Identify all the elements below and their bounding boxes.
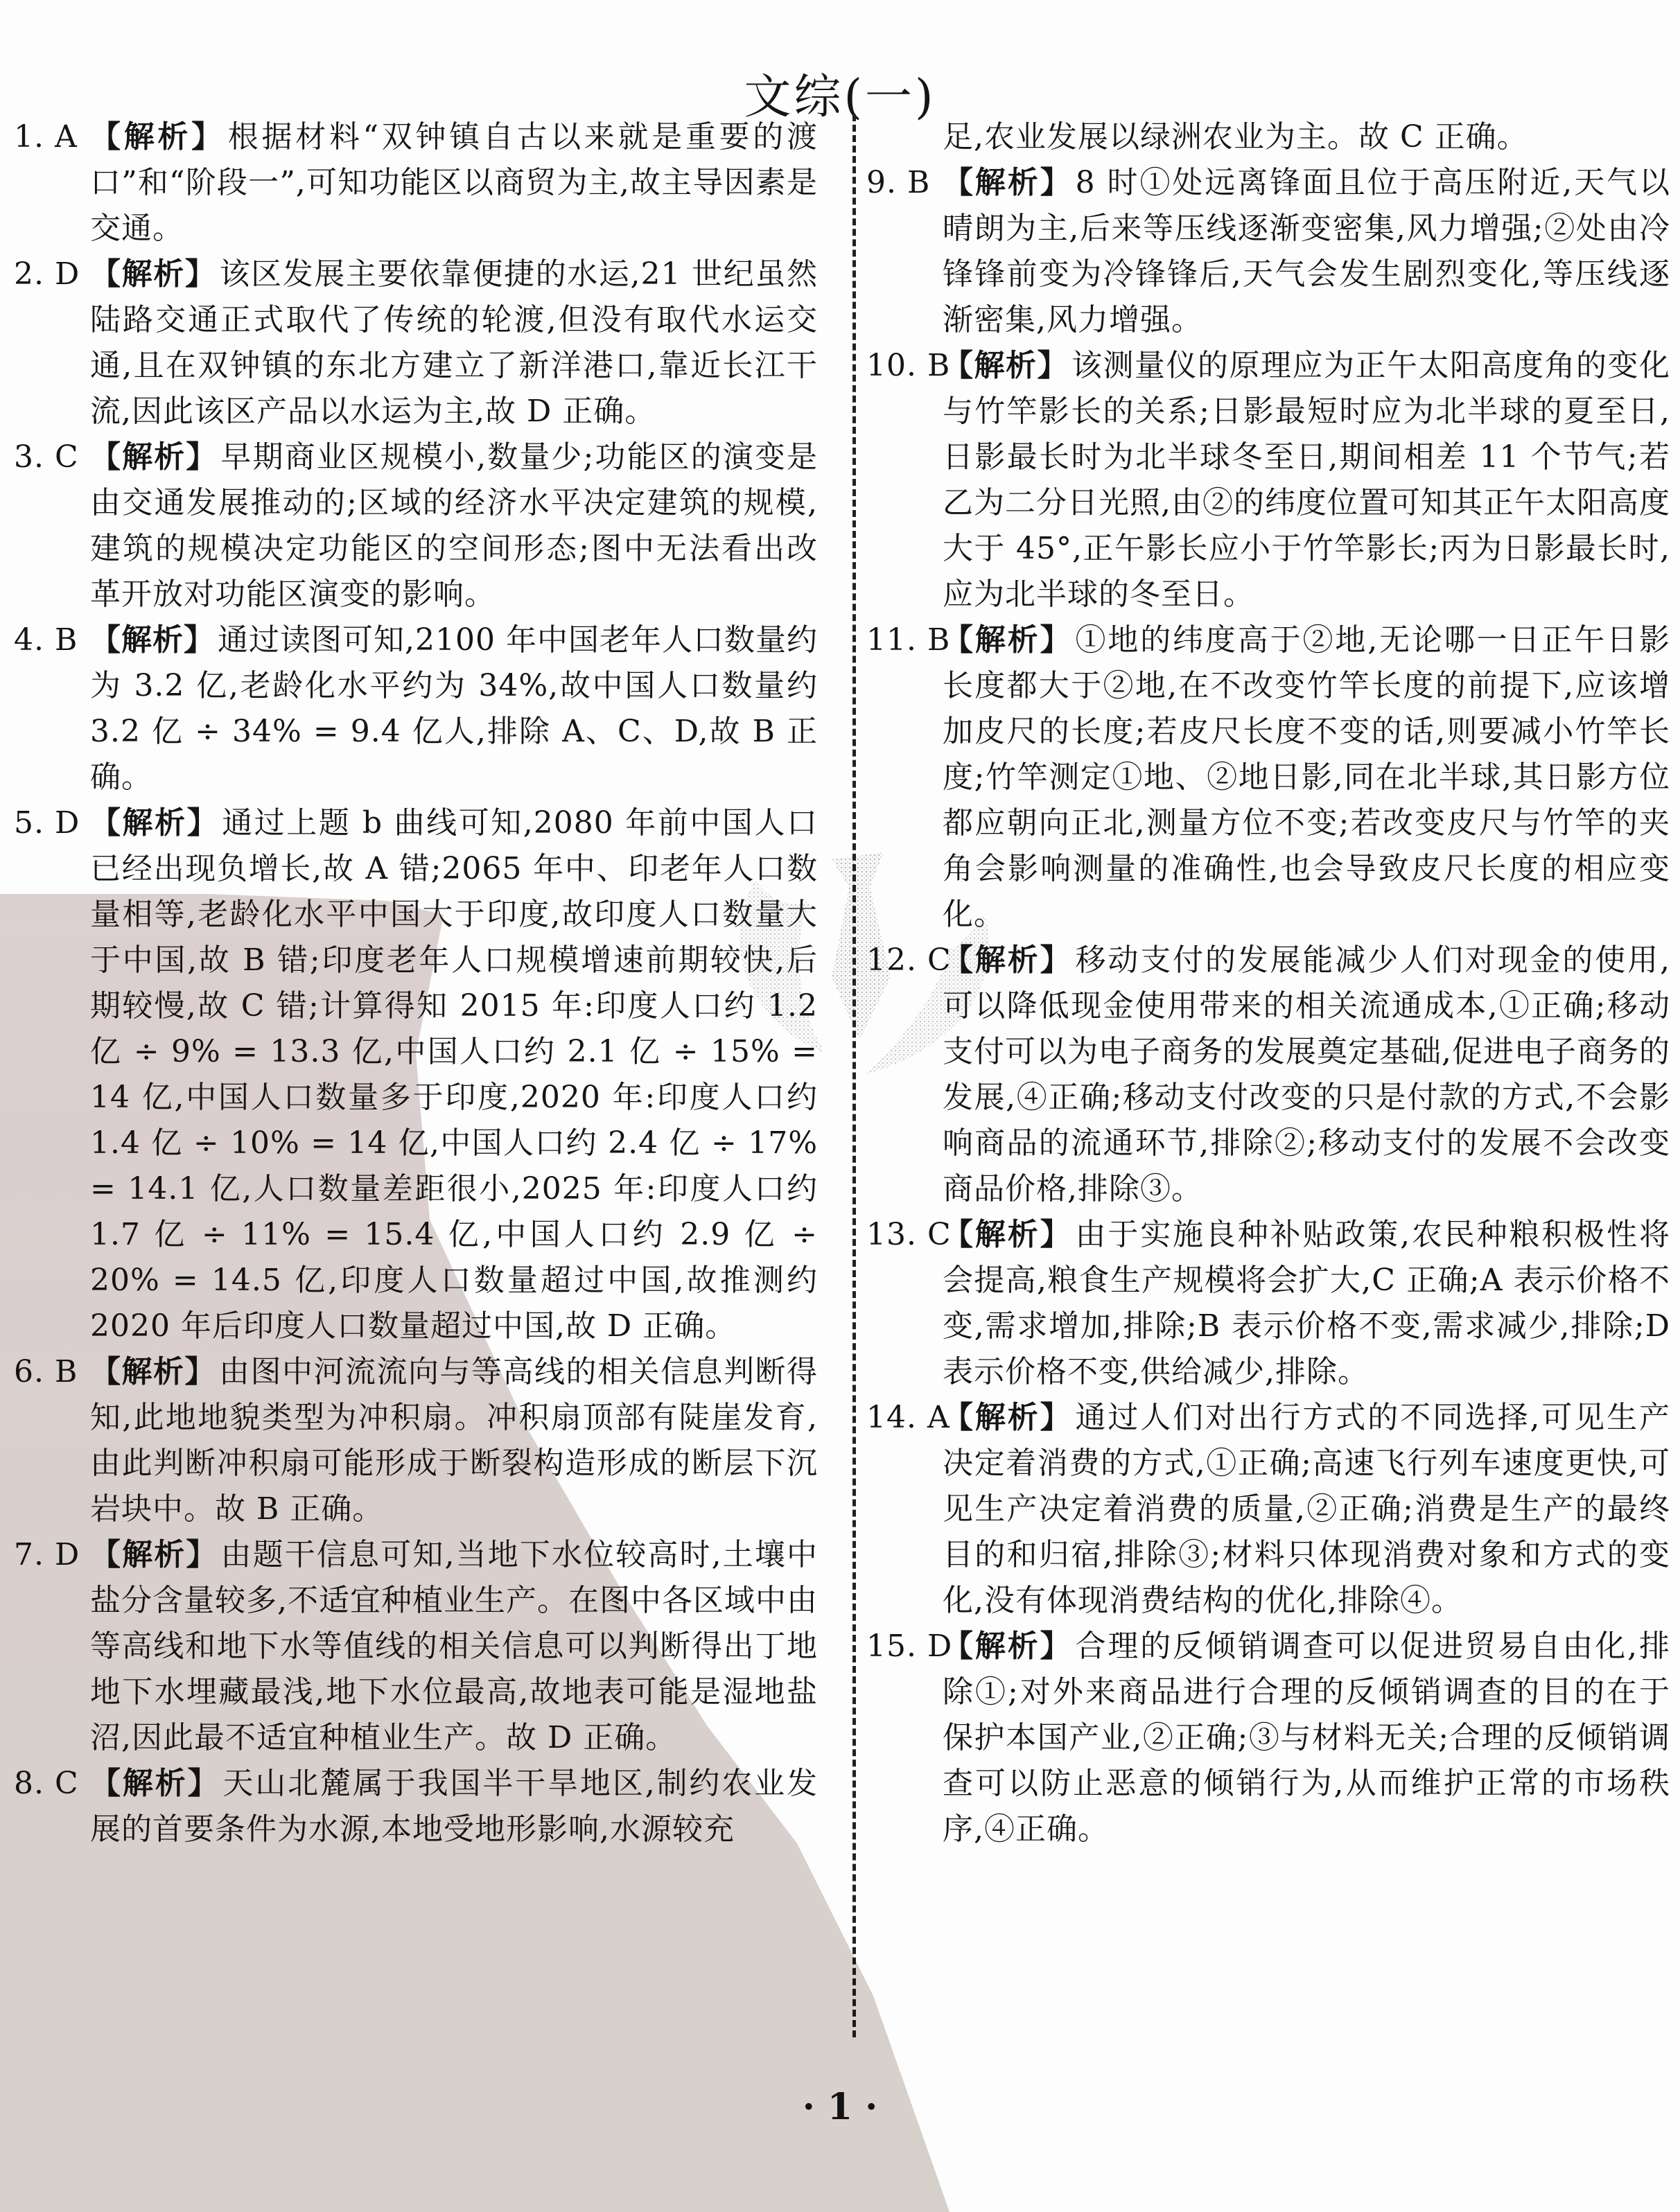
answer-entry-6: 6. B【解析】由图中河流流向与等高线的相关信息判断得知,此地地貌类型为冲积扇。… bbox=[14, 1349, 818, 1532]
analysis-tag: 【解析】 bbox=[943, 942, 1072, 978]
analysis-tag: 【解析】 bbox=[943, 622, 1072, 658]
answer-text: 移动支付的发展能减少人们对现金的使用,可以降低现金使用带来的相关流通成本,①正确… bbox=[943, 942, 1670, 1206]
analysis-tag: 【解析】 bbox=[90, 1537, 218, 1572]
analysis-tag: 【解析】 bbox=[90, 119, 225, 155]
answer-entry-3: 3. C【解析】早期商业区规模小,数量少;功能区的演变是由交通发展推动的;区域的… bbox=[14, 434, 818, 617]
document-page: 文综(一) 1. A【解析】根据材料“双钟镇自古以来就是重要的渡口”和“阶段一”… bbox=[0, 0, 1680, 2212]
right-column: 足,农业发展以绿洲农业为主。故 C 正确。 9. B【解析】8 时①处远离锋面且… bbox=[866, 114, 1670, 1852]
answer-entry-5: 5. D【解析】通过上题 b 曲线可知,2080 年前中国人口已经出现负增长,故… bbox=[14, 800, 818, 1349]
answer-entry-12: 12. C【解析】移动支付的发展能减少人们对现金的使用,可以降低现金使用带来的相… bbox=[866, 938, 1670, 1212]
analysis-tag: 【解析】 bbox=[943, 165, 1073, 200]
answer-number: 15. D bbox=[866, 1624, 936, 1669]
answer-entry-13: 13. C【解析】由于实施良种补贴政策,农民种粮积极性将会提高,粮食生产规模将会… bbox=[866, 1212, 1670, 1395]
analysis-tag: 【解析】 bbox=[90, 1354, 216, 1389]
answer-number: 3. C bbox=[14, 434, 83, 480]
answer-text: 通过上题 b 曲线可知,2080 年前中国人口已经出现负增长,故 A 错;206… bbox=[90, 805, 818, 1344]
left-column: 1. A【解析】根据材料“双钟镇自古以来就是重要的渡口”和“阶段一”,可知功能区… bbox=[14, 114, 818, 1852]
answer-text: 该测量仪的原理应为正午太阳高度角的变化与竹竿影长的关系;日影最短时应为北半球的夏… bbox=[943, 348, 1670, 612]
answer-number: 4. B bbox=[14, 617, 83, 663]
answer-entry-2: 2. D【解析】该区发展主要依靠便捷的水运,21 世纪虽然陆路交通正式取代了传统… bbox=[14, 252, 818, 434]
analysis-tag: 【解析】 bbox=[943, 348, 1069, 383]
answer-entry-15: 15. D【解析】合理的反倾销调查可以促进贸易自由化,排除①;对外来商品进行合理… bbox=[866, 1624, 1670, 1852]
answer-number: 10. B bbox=[866, 343, 936, 389]
page-number: · 1 · bbox=[0, 2086, 1680, 2128]
analysis-tag: 【解析】 bbox=[90, 805, 219, 841]
analysis-tag: 【解析】 bbox=[943, 1217, 1072, 1252]
answer-number: 1. A bbox=[14, 114, 83, 160]
answer-number: 14. A bbox=[866, 1395, 936, 1441]
answer-entry-1: 1. A【解析】根据材料“双钟镇自古以来就是重要的渡口”和“阶段一”,可知功能区… bbox=[14, 114, 818, 252]
answer-entry-11: 11. B【解析】①地的纬度高于②地,无论哪一日正午日影长度都大于②地,在不改变… bbox=[866, 617, 1670, 938]
analysis-tag: 【解析】 bbox=[90, 256, 216, 292]
answer-entry-4: 4. B【解析】通过读图可知,2100 年中国老年人口数量约为 3.2 亿,老龄… bbox=[14, 617, 818, 800]
answer-number: 5. D bbox=[14, 800, 83, 846]
answer-entry-9: 9. B【解析】8 时①处远离锋面且位于高压附近,天气以晴朗为主,后来等压线逐渐… bbox=[866, 160, 1670, 343]
analysis-tag: 【解析】 bbox=[943, 1629, 1072, 1664]
answer-entry-8: 8. C【解析】天山北麓属于我国半干旱地区,制约农业发展的首要条件为水源,本地受… bbox=[14, 1761, 818, 1852]
answer-entry-8-continuation: 足,农业发展以绿洲农业为主。故 C 正确。 bbox=[866, 114, 1670, 160]
answer-number: 13. C bbox=[866, 1212, 936, 1258]
analysis-tag: 【解析】 bbox=[943, 1400, 1072, 1435]
answer-number: 7. D bbox=[14, 1532, 83, 1578]
answer-entry-7: 7. D【解析】由题干信息可知,当地下水位较高时,土壤中盐分含量较多,不适宜种植… bbox=[14, 1532, 818, 1761]
answer-number: 6. B bbox=[14, 1349, 83, 1395]
answer-entry-10: 10. B【解析】该测量仪的原理应为正午太阳高度角的变化与竹竿影长的关系;日影最… bbox=[866, 343, 1670, 617]
answer-number: 9. B bbox=[866, 160, 936, 206]
answer-number: 11. B bbox=[866, 617, 936, 663]
answer-text: 足,农业发展以绿洲农业为主。故 C 正确。 bbox=[943, 119, 1528, 155]
answer-number: 12. C bbox=[866, 938, 936, 983]
column-divider bbox=[852, 114, 856, 2037]
answer-text: ①地的纬度高于②地,无论哪一日正午日影长度都大于②地,在不改变竹竿长度的前提下,… bbox=[943, 622, 1670, 932]
answer-entry-14: 14. A【解析】通过人们对出行方式的不同选择,可见生产决定着消费的方式,①正确… bbox=[866, 1395, 1670, 1624]
analysis-tag: 【解析】 bbox=[90, 439, 218, 475]
analysis-tag: 【解析】 bbox=[90, 1766, 220, 1801]
analysis-tag: 【解析】 bbox=[90, 622, 215, 658]
answer-number: 2. D bbox=[14, 252, 83, 297]
answer-number: 8. C bbox=[14, 1761, 83, 1807]
